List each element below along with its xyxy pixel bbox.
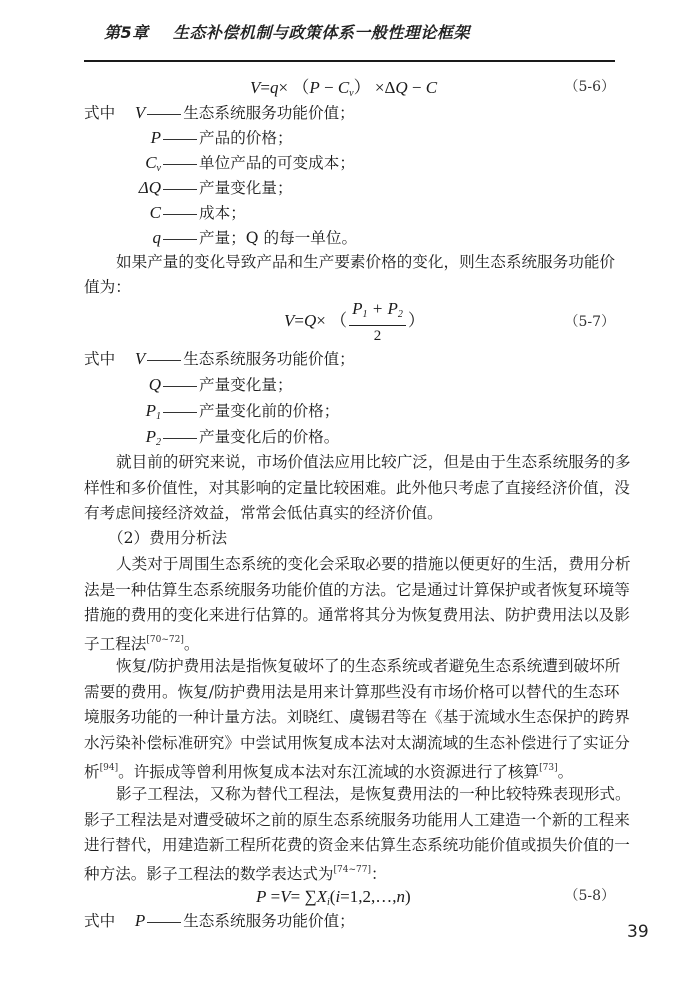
def-row: Cv单位产品的可变成本； [84, 150, 355, 175]
definition: 产量变化量； [199, 179, 293, 197]
paragraph-line: 人类对于周围生态系统的变化会采取必要的措施以便更好的生活，费用分析 [84, 552, 615, 577]
def-row: Q产量变化量； [84, 372, 293, 397]
paragraph-line: 影子工程法是对遭受破坏之前的原生态系统服务功能用人工建造一个新的工程来 [84, 808, 615, 833]
where-label: 式中 [84, 104, 115, 122]
dash [147, 114, 181, 115]
paragraph-line: 进行替代，用建造新工程所花费的资金来估算生态系统功能价值或损失价值的一 [84, 833, 615, 858]
citation: [94] [100, 763, 118, 773]
paragraph-line: 就目前的研究来说，市场价值法应用比较广泛，但是由于生态系统服务的多 [84, 450, 615, 475]
citation: [70~72] [146, 635, 183, 645]
page-number: 39 [627, 922, 649, 942]
where-label: 式中 [84, 350, 115, 368]
paragraph-line: 如果产量的变化导致产品和生产要素价格的变化，则生态系统服务功能价 [84, 250, 615, 275]
dash [163, 214, 197, 215]
paragraph-line: 种方法。影子工程法的数学表达式为[74~77]： [84, 858, 615, 883]
definition: 成本； [199, 204, 246, 222]
dash [163, 386, 197, 387]
def-row: q产量；Q 的每一单位。 [84, 225, 357, 250]
chapter-title: 第5章 生态补偿机制与政策体系一般性理论框架 [104, 20, 470, 43]
def-row: P1产量变化前的价格； [84, 398, 339, 423]
def-row: ΔQ产量变化量； [84, 175, 293, 200]
paragraph-line: 有考虑间接经济效益，常常会低估真实的经济价值。 [84, 501, 615, 526]
equation-5-8: P =V= ∑Xi(i=1,2,…,n) （5-8） [84, 884, 615, 909]
symbol: Q [84, 372, 161, 397]
dash [163, 189, 197, 190]
paragraph-line: 水污染补偿标准研究》中尝试用恢复成本法对太湖流域的生态补偿进行了实证分 [84, 731, 615, 756]
symbol: P [84, 125, 161, 150]
dash [163, 412, 197, 413]
equation-number: （5-8） [564, 884, 615, 909]
symbol: V [129, 346, 145, 371]
def-row: P2产量变化后的价格。 [84, 424, 339, 449]
where-label: 式中 [84, 912, 115, 930]
formula: V=Q× （P1 + P22） [284, 298, 425, 346]
dash [163, 139, 197, 140]
paragraph-line: 需要的费用。恢复/防护费用法是用来计算那些没有市场价格可以替代的生态环 [84, 680, 615, 705]
symbol: V [129, 100, 145, 125]
definition: 生态系统服务功能价值； [183, 350, 355, 368]
chapter-name: 生态补偿机制与政策体系一般性理论框架 [173, 23, 470, 42]
paragraph-line: 子工程法[70~72]。 [84, 628, 615, 653]
symbol: ΔQ [84, 175, 161, 200]
definition: 单位产品的可变成本； [199, 154, 355, 172]
symbol: C [84, 200, 161, 225]
section-heading: （2）费用分析法 [84, 526, 615, 551]
definition: 产量；Q 的每一单位。 [199, 229, 357, 247]
definition: 生态系统服务功能价值； [183, 912, 355, 930]
fraction: P1 + P22 [349, 299, 406, 346]
def-row: P产品的价格； [84, 125, 293, 150]
paragraph-line: 法是一种估算生态系统服务功能价值的方法。它是通过计算保护或者恢复环境等 [84, 578, 615, 603]
dash [147, 360, 181, 361]
dash [163, 239, 197, 240]
where-row: 式中V生态系统服务功能价值； [84, 100, 355, 125]
dash [147, 922, 181, 923]
paragraph-line: 样性和多价值性，对其影响的定量比较困难。此外他只考虑了直接经济价值，没 [84, 476, 615, 501]
equation-5-7: V=Q× （P1 + P22） （5-7） [84, 308, 615, 338]
definition: 产品的价格； [199, 129, 293, 147]
symbol: P [129, 908, 145, 933]
citation: [74~77] [334, 865, 371, 875]
definition: 产量变化量； [199, 376, 293, 394]
where-row: 式中P生态系统服务功能价值； [84, 908, 355, 933]
definition: 产量变化前的价格； [199, 402, 339, 420]
symbol: q [84, 225, 161, 250]
dash [163, 438, 197, 439]
dash [163, 164, 197, 165]
paragraph-line: 境服务功能的一种计量方法。刘晓红、虞锡君等在《基于流域水生态保护的跨界 [84, 705, 615, 730]
where-row: 式中V生态系统服务功能价值； [84, 346, 355, 371]
definition: 生态系统服务功能价值； [183, 104, 355, 122]
definition: 产量变化后的价格。 [199, 428, 339, 446]
def-row: C成本； [84, 200, 246, 225]
chapter-number: 第5章 [104, 23, 149, 42]
paragraph-line: 恢复/防护费用法是指恢复破坏了的生态系统或者避免生态系统遭到破坏所 [84, 654, 615, 679]
paragraph-line: 值为： [84, 275, 615, 300]
equation-number: （5-7） [564, 310, 615, 335]
citation: [73] [539, 763, 557, 773]
paragraph-line: 措施的费用的变化来进行估算的。通常将其分为恢复费用法、防护费用法以及影 [84, 603, 615, 628]
equation-5-6: V=q× （P − Cv） ×ΔQ − C （5-6） [84, 75, 615, 100]
paragraph-line: 影子工程法，又称为替代工程法，是恢复费用法的一种比较特殊表现形式。 [84, 782, 615, 807]
paragraph-line: 析[94]。许振成等曾利用恢复成本法对东江流域的水资源进行了核算[73]。 [84, 756, 615, 781]
equation-number: （5-6） [564, 75, 615, 100]
